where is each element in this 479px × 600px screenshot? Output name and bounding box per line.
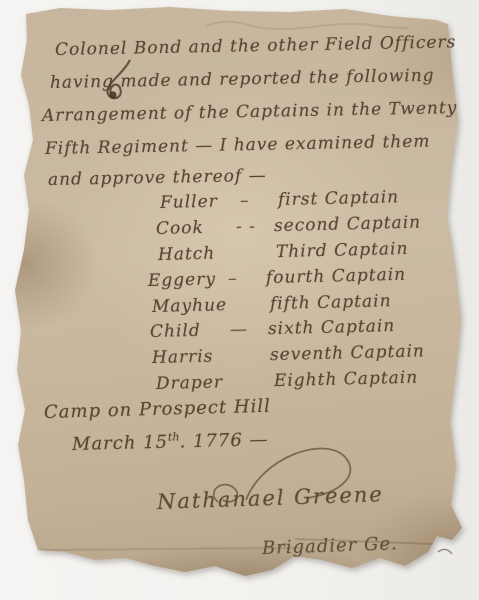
- scanned-document-view: Colonel Bond and the other Field Officer…: [0, 0, 479, 600]
- captain-dash: [232, 294, 270, 315]
- captain-dash: - -: [236, 216, 274, 237]
- captain-rank: seventh Captain: [270, 341, 425, 365]
- captain-rank: sixth Captain: [268, 316, 396, 339]
- captain-dash: [238, 242, 276, 263]
- captain-name: Fuller: [160, 191, 240, 213]
- captain-dash: [232, 345, 270, 366]
- captain-name: Child: [150, 320, 230, 342]
- captain-rank: Third Captain: [276, 239, 409, 262]
- date-prefix: March 15: [72, 432, 169, 455]
- captain-name: Eggery: [148, 269, 228, 291]
- captain-name: Draper: [156, 372, 236, 394]
- captain-rank: fifth Captain: [270, 291, 392, 314]
- captain-dash: –: [228, 268, 266, 289]
- body-line: and approve thereof —: [48, 166, 267, 190]
- captain-rank: fourth Captain: [266, 265, 407, 288]
- captain-name: Hatch: [158, 243, 238, 265]
- captain-dash: —: [230, 319, 268, 340]
- date-suffix: . 1776 —: [179, 429, 268, 452]
- captain-name: Harris: [152, 346, 232, 368]
- captain-name: Cook: [156, 217, 236, 239]
- captain-name: Mayhue: [152, 295, 232, 317]
- captain-rank: first Captain: [278, 187, 400, 210]
- captain-dash: –: [240, 190, 278, 211]
- captain-rank: Eighth Captain: [274, 368, 419, 392]
- date-ordinal: th: [168, 430, 180, 443]
- captain-dash: [236, 371, 274, 392]
- captain-rank: second Captain: [274, 213, 422, 237]
